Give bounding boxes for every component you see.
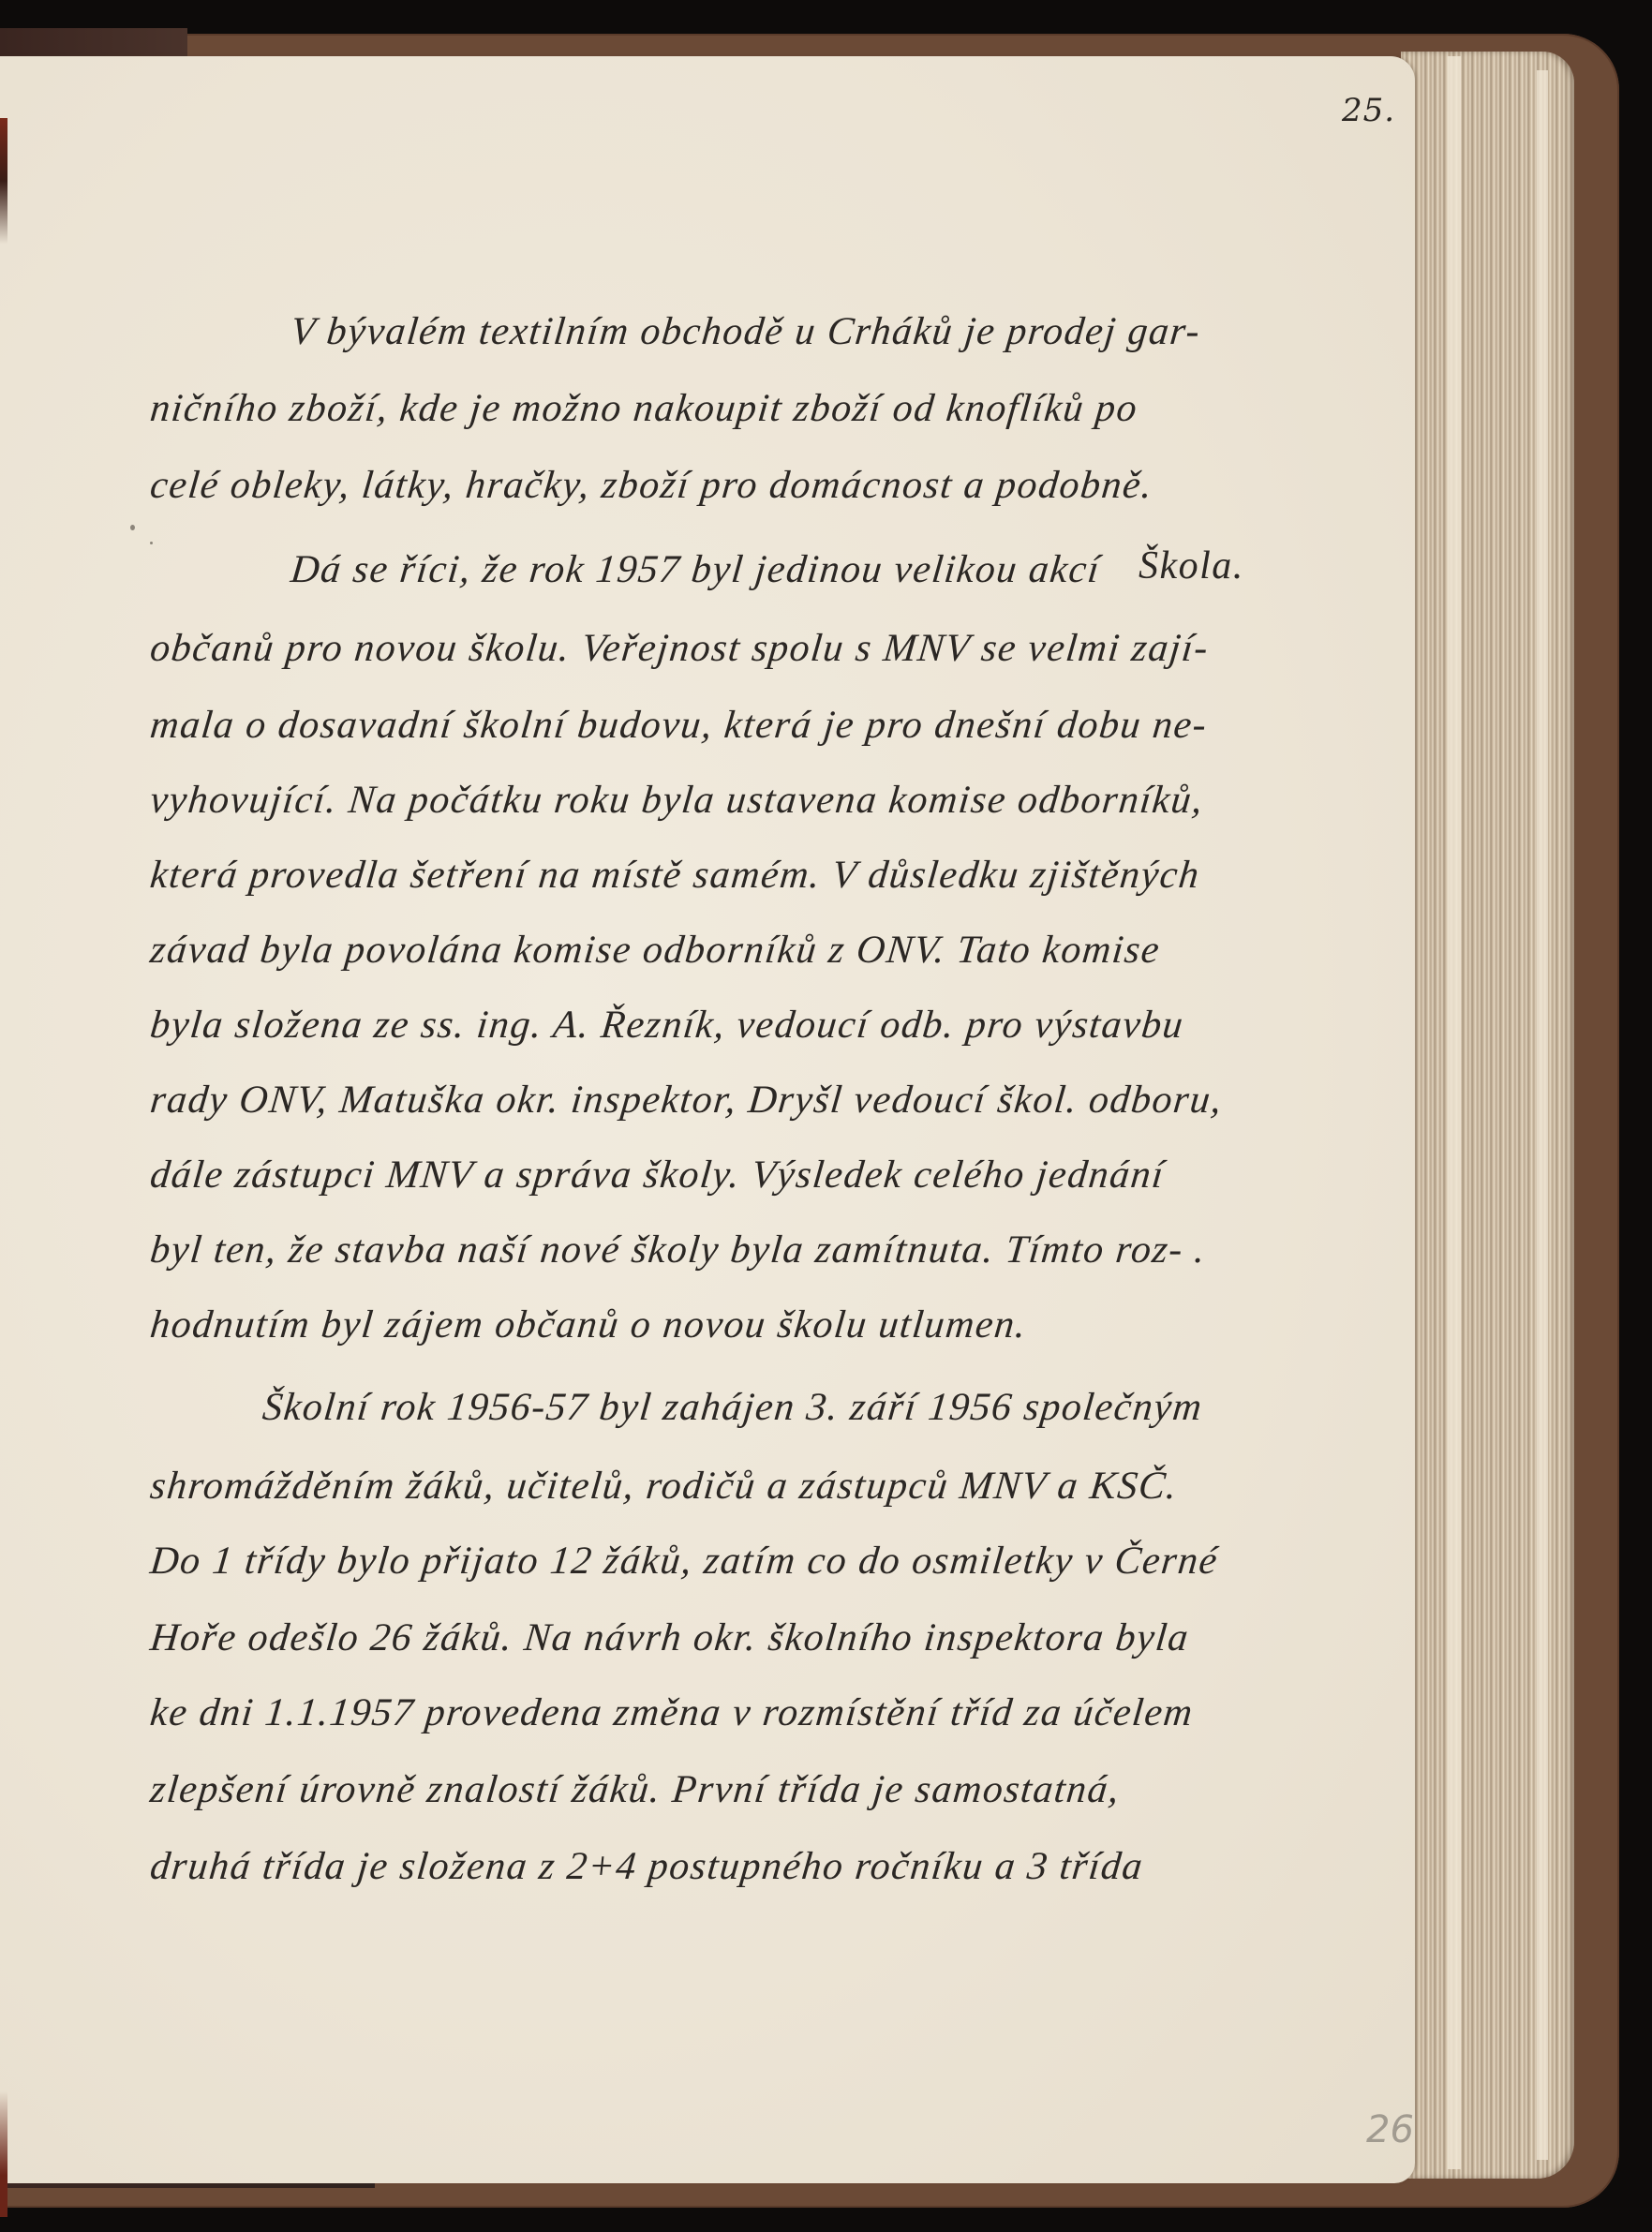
text-line: Do 1 třídy bylo přijato 12 žáků, zatím c…	[148, 1539, 1220, 1584]
text-line: druhá třída je složena z 2+4 postupného …	[148, 1844, 1146, 1889]
page-stack-highlight	[1448, 56, 1461, 2169]
page-stack-highlight	[1537, 70, 1548, 2160]
text-line: závad byla povolána komise odborníků z O…	[148, 928, 1163, 973]
text-line: Školní rok 1956-57 byl zahájen 3. září 1…	[260, 1385, 1205, 1430]
text-line: mala o dosavadní školní budovu, která je…	[148, 703, 1210, 748]
text-line: ke dni 1.1.1957 provedena změna v rozmís…	[148, 1690, 1196, 1735]
text-line: Hoře odešlo 26 žáků. Na návrh okr. školn…	[148, 1615, 1192, 1660]
text-line: byl ten, že stavba naší nové školy byla …	[148, 1228, 1209, 1272]
page-number: 25.	[1342, 92, 1395, 129]
ink-speck	[130, 525, 135, 530]
text-line: celé obleky, látky, hračky, zboží pro do…	[148, 463, 1155, 508]
page-stack-fore-edge	[1401, 52, 1574, 2179]
text-line: zlepšení úrovně znalostí žáků. První tří…	[148, 1767, 1123, 1812]
margin-note: Škola.	[1139, 543, 1244, 588]
text-line: občanů pro novou školu. Veřejnost spolu …	[148, 626, 1211, 671]
ink-speck	[150, 542, 153, 544]
text-line: Dá se říci, že rok 1957 byl jedinou veli…	[289, 547, 1103, 592]
text-line: dále zástupci MNV a správa školy. Výsled…	[148, 1153, 1167, 1198]
spine-shadow	[0, 118, 7, 2217]
text-line: shromážděním žáků, učitelů, rodičů a zás…	[148, 1464, 1180, 1509]
text-line: rady ONV, Matuška okr. inspektor, Dryšl …	[148, 1078, 1225, 1123]
text-line: byla složena ze ss. ing. A. Řezník, vedo…	[148, 1003, 1186, 1048]
pencil-page-number: 26	[1366, 2108, 1414, 2151]
scanned-book-spread: 25. V bývalém textilním obchodě u Crháků…	[0, 0, 1652, 2232]
text-line: ničního zboží, kde je možno nakoupit zbo…	[148, 386, 1140, 431]
text-line: V bývalém textilním obchodě u Crháků je …	[289, 309, 1203, 354]
text-line: vyhovující. Na počátku roku byla ustaven…	[148, 778, 1206, 823]
text-line: která provedla šetření na místě samém. V…	[148, 853, 1202, 898]
text-line: hodnutím byl zájem občanů o novou školu …	[148, 1302, 1029, 1347]
